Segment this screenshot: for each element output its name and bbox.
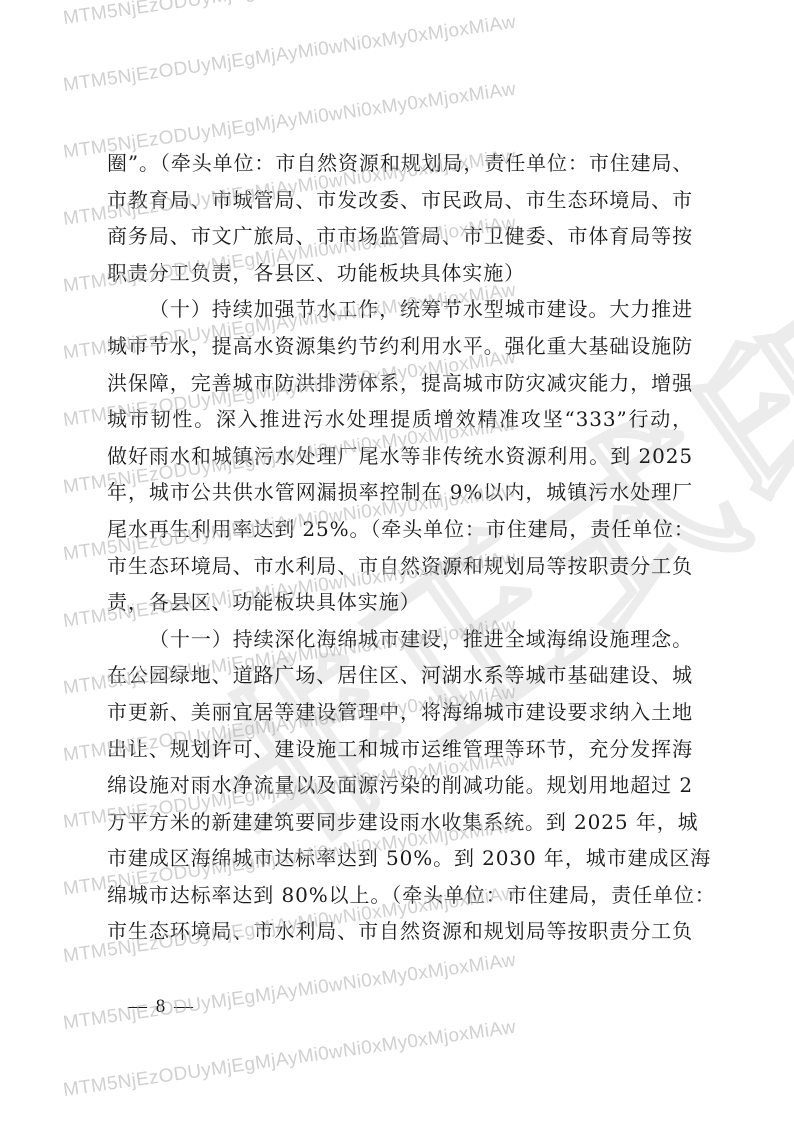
text-line: 在公园绿地、道路广场、居住区、河湖水系等城市基础建设、城 xyxy=(107,657,693,694)
text-line: 市生态环境局、市水利局、市自然资源和规划局等按职责分工负 xyxy=(107,913,693,950)
document-body: 圈”。（牵头单位：市自然资源和规划局，责任单位：市住建局、 市教育局、市城管局、… xyxy=(107,145,693,950)
text-line: 市生态环境局、市水利局、市自然资源和规划局等按职责分工负 xyxy=(107,548,693,585)
text-line: 洪保障，完善城市防洪排涝体系，提高城市防灾减灾能力，增强 xyxy=(107,365,693,402)
document-page: 非正式印 圈”。（牵头单位：市自然资源和规划局，责任单位：市住建局、 市教育局、… xyxy=(0,0,794,1123)
text-line: 商务局、市文广旅局、市市场监管局、市卫健委、市体育局等按 xyxy=(107,218,693,255)
text-line: 市教育局、市城管局、市发改委、市民政局、市生态环境局、市 xyxy=(107,182,693,219)
text-line: 做好雨水和城镇污水处理厂尾水等非传统水资源利用。到 2025 xyxy=(107,438,693,475)
text-line: 绵设施对雨水净流量以及面源污染的削减功能。规划用地超过 2 xyxy=(107,767,693,804)
text-line: 责，各县区、功能板块具体实施） xyxy=(107,584,693,621)
watermark-text: MTM5NjEzODUyMjEgMjAyMi0wNi0xMy0xMjoxMiAw xyxy=(62,12,517,97)
text-line: 绵城市达标率达到 80%以上。（牵头单位：市住建局，责任单位： xyxy=(107,877,693,914)
section-heading-10: （十）持续加强节水工作，统筹节水型城市建设。大力推进 xyxy=(107,291,693,328)
text-line: 万平方米的新建建筑要同步建设雨水收集系统。到 2025 年，城 xyxy=(107,804,693,841)
text-line: 城市节水，提高水资源集约节约利用水平。强化重大基础设施防 xyxy=(107,328,693,365)
watermark-text: MTM5NjEzODUyMjEgMjAyMi0wNi0xMy0xMjoxMiAw xyxy=(62,0,517,30)
watermark-text: MTM5NjEzODUyMjEgMjAyMi0wNi0xMy0xMjoxMiAw xyxy=(62,1017,517,1102)
text-line: 年，城市公共供水管网漏损率控制在 9%以内，城镇污水处理厂 xyxy=(107,474,693,511)
watermark-text: MTM5NjEzODUyMjEgMjAyMi0wNi0xMy0xMjoxMiAw xyxy=(62,950,517,1035)
text-line: 职责分工负责，各县区、功能板块具体实施） xyxy=(107,255,693,292)
text-line: 圈”。（牵头单位：市自然资源和规划局，责任单位：市住建局、 xyxy=(107,145,693,182)
text-line: 市更新、美丽宜居等建设管理中，将海绵城市建设要求纳入土地 xyxy=(107,694,693,731)
section-heading-11: （十一）持续深化海绵城市建设，推进全域海绵设施理念。 xyxy=(107,621,693,658)
text-line: 市建成区海绵城市达标率达到 50%。到 2030 年，城市建成区海 xyxy=(107,840,693,877)
text-line: 出让、规划许可、建设施工和城市运维管理等环节，充分发挥海 xyxy=(107,731,693,768)
text-line: 城市韧性。深入推进污水处理提质增效精准攻坚“333”行动， xyxy=(107,401,693,438)
text-line: 尾水再生利用率达到 25%。（牵头单位：市住建局，责任单位： xyxy=(107,511,693,548)
page-number: — 8 — xyxy=(128,996,195,1018)
